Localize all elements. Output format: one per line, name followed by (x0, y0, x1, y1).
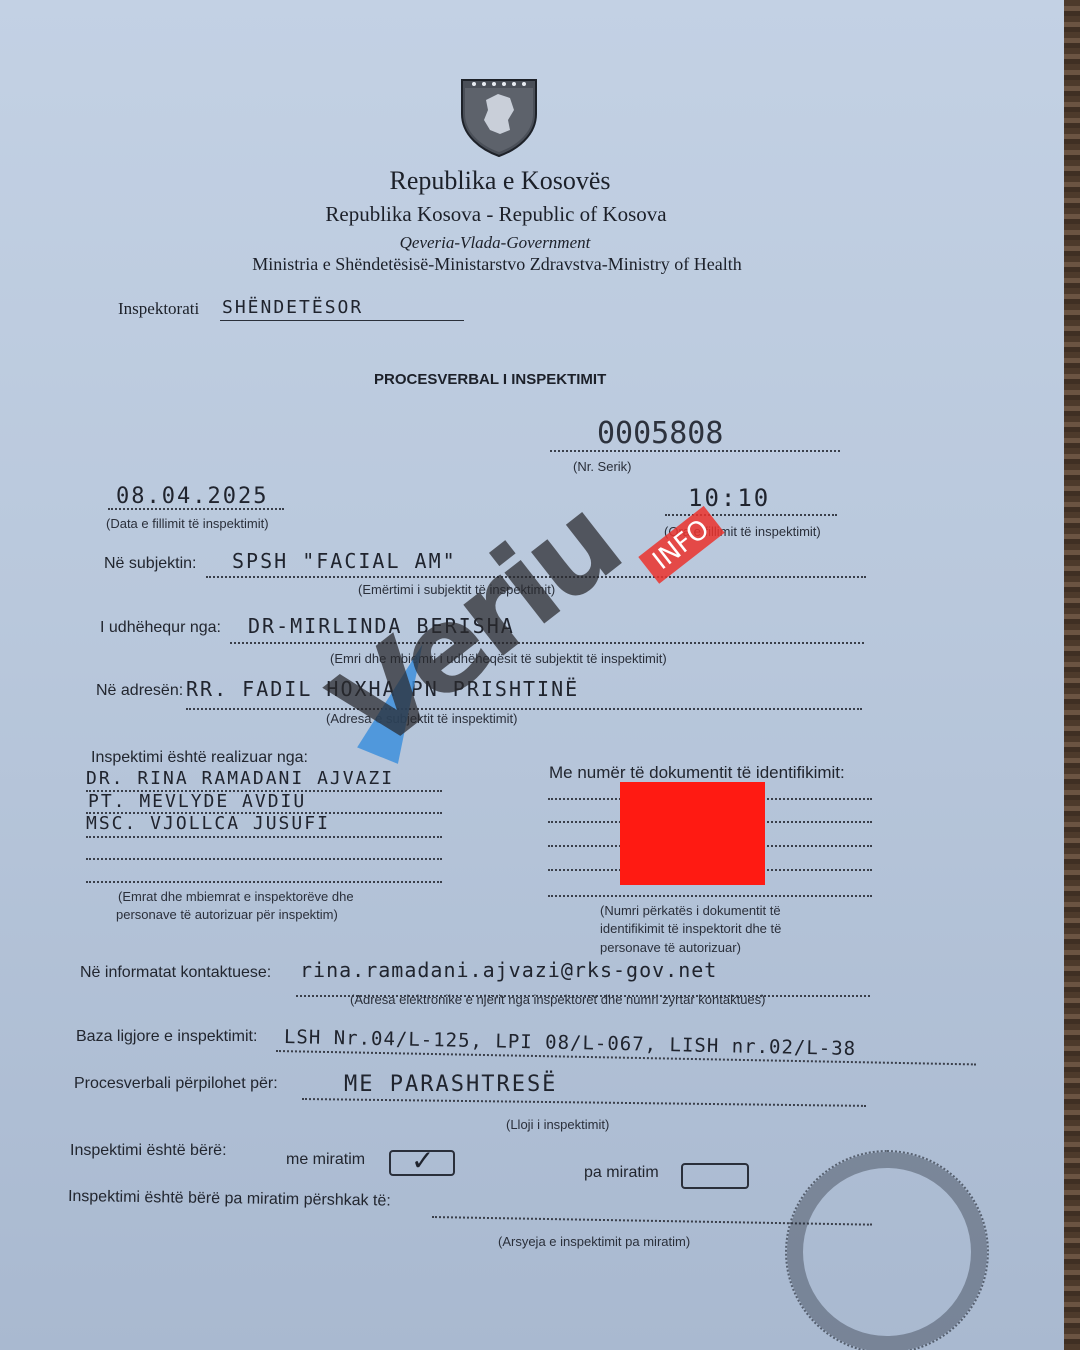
inspectorate-value[interactable]: SHËNDETËSOR (222, 297, 363, 318)
without-approval-label: pa miratim (584, 1164, 659, 1182)
approval-label: Inspektimi është bërë: (70, 1142, 227, 1160)
date-dotted-line (108, 508, 284, 510)
serial-dotted-line (550, 450, 840, 452)
start-date-caption: (Data e fillimit të inspektimit) (106, 516, 269, 531)
id-caption-3: personave të autorizuar) (600, 940, 741, 955)
drafted-for-caption: (Lloji i inspektimit) (506, 1117, 609, 1132)
checkmark-icon: ✓ (411, 1144, 434, 1177)
with-approval-checkbox[interactable]: ✓ (389, 1150, 455, 1176)
inspectors-caption-1: (Emrat dhe mbiemrat e inspektorëve dhe (118, 889, 354, 904)
inspector-name-1[interactable]: DR. RINA RAMADANI AJVAZI (86, 768, 394, 789)
id-line-5 (548, 895, 872, 897)
id-caption-2: identifikimit të inspektorit dhe të (600, 921, 781, 936)
watermark-badge: INFO (638, 506, 724, 584)
contact-value[interactable]: rina.ramadani.ajvazi@rks-gov.net (300, 958, 717, 982)
serial-caption: (Nr. Serik) (573, 459, 632, 474)
reason-caption: (Arsyeja e inspektimit pa miratim) (498, 1234, 690, 1249)
header-line-1: Republika e Kosovës (0, 166, 1000, 196)
inspectors-caption-2: personave të autorizuar për inspektim) (116, 907, 338, 922)
contact-label: Në informatat kontaktuese: (80, 964, 271, 982)
table-surface (1064, 0, 1080, 1350)
header-line-3: Qeveria-Vlada-Government (0, 233, 990, 253)
serial-number: 0005808 (597, 416, 723, 451)
id-documents-label: Me numër të dokumentit të identifikimit: (549, 763, 845, 783)
drafted-for-dotted-line (302, 1098, 866, 1107)
address-dotted-line (186, 708, 862, 710)
official-stamp (785, 1150, 989, 1350)
without-approval-checkbox[interactable] (681, 1163, 749, 1189)
inspectors-label: Inspektimi është realizuar nga: (91, 749, 308, 767)
with-approval-label: me miratim (286, 1151, 365, 1169)
inspector-line-4 (86, 858, 442, 860)
kosovo-coat-of-arms-icon (458, 76, 540, 158)
inspector-line-5 (86, 881, 442, 883)
legal-basis-label: Baza ligjore e inspektimit: (76, 1028, 257, 1046)
start-date-value[interactable]: 08.04.2025 (116, 484, 268, 509)
inspector-name-3[interactable]: MSC. VJOLLCA JUSUFI (86, 813, 330, 834)
id-caption-1: (Numri përkatës i dokumentit të (600, 903, 781, 918)
document-page: Republika e Kosovës Republika Kosova - R… (0, 0, 1064, 1350)
drafted-for-label: Procesverbali përpilohet për: (74, 1075, 278, 1093)
inspector-name-2[interactable]: PT. MEVLYDE AVDIU (88, 791, 306, 812)
subject-label: Në subjektin: (104, 555, 197, 573)
led-by-label: I udhëhequr nga: (100, 619, 221, 637)
redaction-block (620, 782, 765, 885)
inspectorate-underline (220, 320, 464, 321)
subject-value[interactable]: SPSH "FACIAL AM" (232, 549, 457, 573)
reason-label: Inspektimi është bërë pa miratim përshka… (68, 1188, 391, 1211)
inspectorate-label: Inspektorati (118, 299, 199, 319)
document-title: PROCESVERBAL I INSPEKTIMIT (374, 371, 606, 388)
header-line-2: Republika Kosova - Republic of Kosova (0, 202, 992, 227)
header-line-4: Ministria e Shëndetësisë-Ministarstvo Zd… (0, 254, 994, 275)
inspector-line-3 (86, 836, 442, 838)
address-label: Në adresën: (96, 682, 183, 700)
contact-caption: (Adresa elektronike e njërit nga inspekt… (350, 992, 765, 1007)
drafted-for-value[interactable]: ME PARASHTRESË (344, 1072, 557, 1097)
